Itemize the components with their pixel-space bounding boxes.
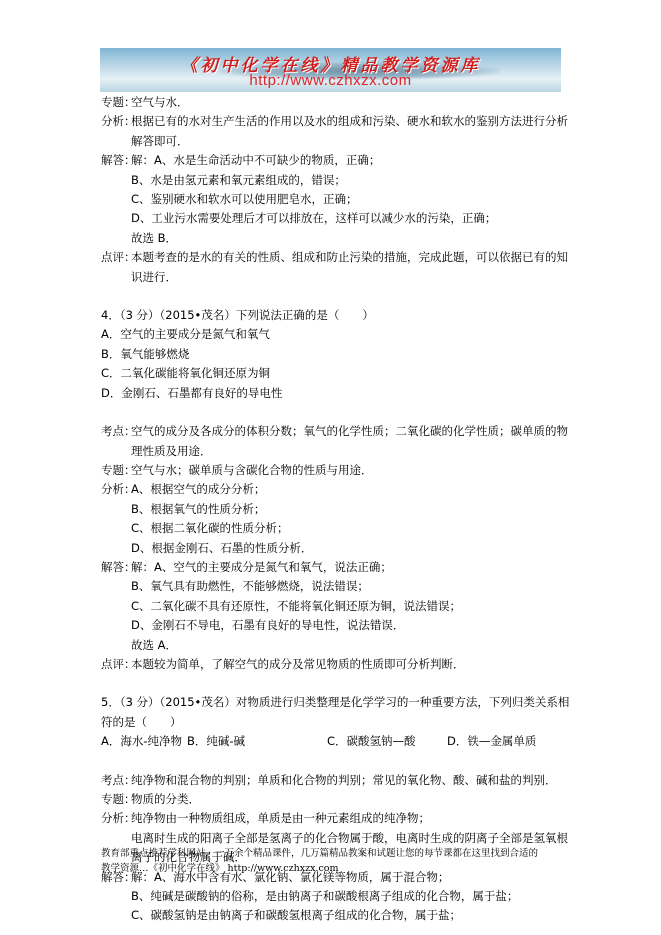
text: 本题较为简单，了解空气的成分及常见物质的性质即可分析判断． — [131, 655, 571, 674]
label: 考点： — [101, 422, 131, 461]
q5-fenxi: 分析： 纯净物由一种物质组成，单质是由一种元素组成的纯净物； — [101, 809, 571, 828]
q5-options: A．海水-纯净物 B．纯碱-碱 C．碳酸氢钠—酸 D．铁—金属单质 — [101, 732, 571, 751]
q5-option-c: C．碳酸氢钠—酸 — [327, 732, 416, 751]
q3-zhuanti: 专题： 空气与水． — [101, 93, 571, 112]
text: 纯净物和混合物的判别；单质和化合物的判别；常见的氧化物、酸、碱和盐的判别． — [131, 771, 571, 790]
page-footer: 教育部重点推荐学科网站．一万余个精品课件，几万篇精品教案和试题让您的每节课都在这… — [101, 846, 571, 876]
q4-stem: 4．（3 分）（2015•茂名）下列说法正确的是（ ） — [101, 306, 571, 325]
q4-option-a: A．空气的主要成分是氮气和氧气 — [101, 325, 571, 344]
q3-jieda-line: C、鉴别硬水和软水可以使用肥皂水，正确； — [101, 190, 571, 209]
footer-line-2: 教学资源…《初中化学在线》 http://www.czhxzx.com — [101, 861, 571, 876]
q3-jieda-line: B、水是由氢元素和氧元素组成的，错误； — [101, 171, 571, 190]
label: 专题： — [101, 461, 131, 480]
text: 空气的成分及各成分的体积分数；氧气的化学性质；二氧化碳的化学性质；碳单质的物理性… — [131, 422, 571, 461]
q4-fenxi-line: C、根据二氧化碳的性质分析； — [101, 519, 571, 538]
text: 物质的分类． — [131, 790, 571, 809]
q5-jieda-line: B、纯碱是碳酸钠的俗称，是由钠离子和碳酸根离子组成的化合物，属于盐； — [101, 887, 571, 906]
q4-fenxi-line: D、根据金刚石、石墨的性质分析． — [101, 539, 571, 558]
label: 考点： — [101, 771, 131, 790]
q4-fenxi: 分析： A、根据空气的成分分析； — [101, 480, 571, 499]
q4-jieda-line: C、二氧化碳不具有还原性，不能将氧化铜还原为铜，说法错误； — [101, 597, 571, 616]
q5-stem: 5．（3 分）（2015•茂名）对物质进行归类整理是化学学习的一种重要方法，下列… — [101, 693, 571, 732]
q3-jieda: 解答： 解：A、水是生命活动中不可缺少的物质，正确； — [101, 151, 571, 170]
q4-option-c: C．二氧化碳能将氧化铜还原为铜 — [101, 364, 571, 383]
text: 纯净物由一种物质组成，单质是由一种元素组成的纯净物； — [131, 809, 571, 828]
q4-option-d: D．金刚石、石墨都有良好的导电性 — [101, 384, 571, 403]
q5-option-d: D．铁—金属单质 — [447, 732, 536, 751]
text: 根据已有的水对生产生活的作用以及水的组成和污染、硬水和软水的鉴别方法进行分析解答… — [131, 112, 571, 151]
q5-option-a: A．海水-纯净物 — [101, 732, 182, 751]
q5-option-b: B．纯碱-碱 — [187, 732, 245, 751]
q5-jieda-line: C、碳酸氢钠是由钠离子和碳酸氢根离子组成的化合物，属于盐； — [101, 906, 571, 925]
site-banner: 《初中化学在线》精品教学资源库 http://www.czhxzx.com — [100, 48, 561, 92]
q4-jieda-line: B、氧气具有助燃性，不能够燃烧，说法错误； — [101, 577, 571, 596]
text: 解：A、水是生命活动中不可缺少的物质，正确； — [131, 151, 571, 170]
q4-answer: 故选 A． — [101, 636, 571, 655]
q5-zhuanti: 专题： 物质的分类． — [101, 790, 571, 809]
q4-kaodian: 考点： 空气的成分及各成分的体积分数；氧气的化学性质；二氧化碳的化学性质；碳单质… — [101, 422, 571, 461]
label: 分析： — [101, 112, 131, 151]
q4-dianping: 点评： 本题较为简单，了解空气的成分及常见物质的性质即可分析判断． — [101, 655, 571, 674]
text: 解：A、空气的主要成分是氮气和氧气，说法正确； — [131, 558, 571, 577]
label: 点评： — [101, 248, 131, 287]
q3-fenxi: 分析： 根据已有的水对生产生活的作用以及水的组成和污染、硬水和软水的鉴别方法进行… — [101, 112, 571, 151]
text: 空气与水；碳单质与含碳化合物的性质与用途． — [131, 461, 571, 480]
q4-fenxi-line: B、根据氧气的性质分析； — [101, 500, 571, 519]
text: A、根据空气的成分分析； — [131, 480, 571, 499]
q4-option-b: B．氧气能够燃烧 — [101, 345, 571, 364]
footer-line: 教育部重点推荐学科网站．一万余个精品课件，几万篇精品教案和试题让您的每节课都在这… — [101, 846, 571, 861]
q3-answer: 故选 B． — [101, 229, 571, 248]
label: 专题： — [101, 790, 131, 809]
document-body: 专题： 空气与水． 分析： 根据已有的水对生产生活的作用以及水的组成和污染、硬水… — [101, 93, 571, 926]
q4-jieda-line: D、金刚石不导电，石墨有良好的导电性，说法错误． — [101, 616, 571, 635]
text: 空气与水． — [131, 93, 571, 112]
q3-jieda-line: D、工业污水需要处理后才可以排放在，这样可以减少水的污染，正确； — [101, 209, 571, 228]
label: 分析： — [101, 809, 131, 828]
label: 点评： — [101, 655, 131, 674]
label: 专题： — [101, 93, 131, 112]
footer-prefix: 教学资源…《初中化学在线》 — [101, 863, 225, 874]
text: 本题考查的是水的有关的性质、组成和防止污染的措施，完成此题，可以依据已有的知识进… — [131, 248, 571, 287]
banner-url: http://www.czhxzx.com — [100, 72, 561, 89]
q5-kaodian: 考点： 纯净物和混合物的判别；单质和化合物的判别；常见的氧化物、酸、碱和盐的判别… — [101, 771, 571, 790]
q3-dianping: 点评： 本题考查的是水的有关的性质、组成和防止污染的措施，完成此题，可以依据已有… — [101, 248, 571, 287]
q4-zhuanti: 专题： 空气与水；碳单质与含碳化合物的性质与用途． — [101, 461, 571, 480]
label: 分析： — [101, 480, 131, 499]
footer-url-link[interactable]: http://www.czhxzx.com — [228, 863, 339, 874]
q4-jieda: 解答： 解：A、空气的主要成分是氮气和氧气，说法正确； — [101, 558, 571, 577]
label: 解答： — [101, 151, 131, 170]
label: 解答： — [101, 558, 131, 577]
